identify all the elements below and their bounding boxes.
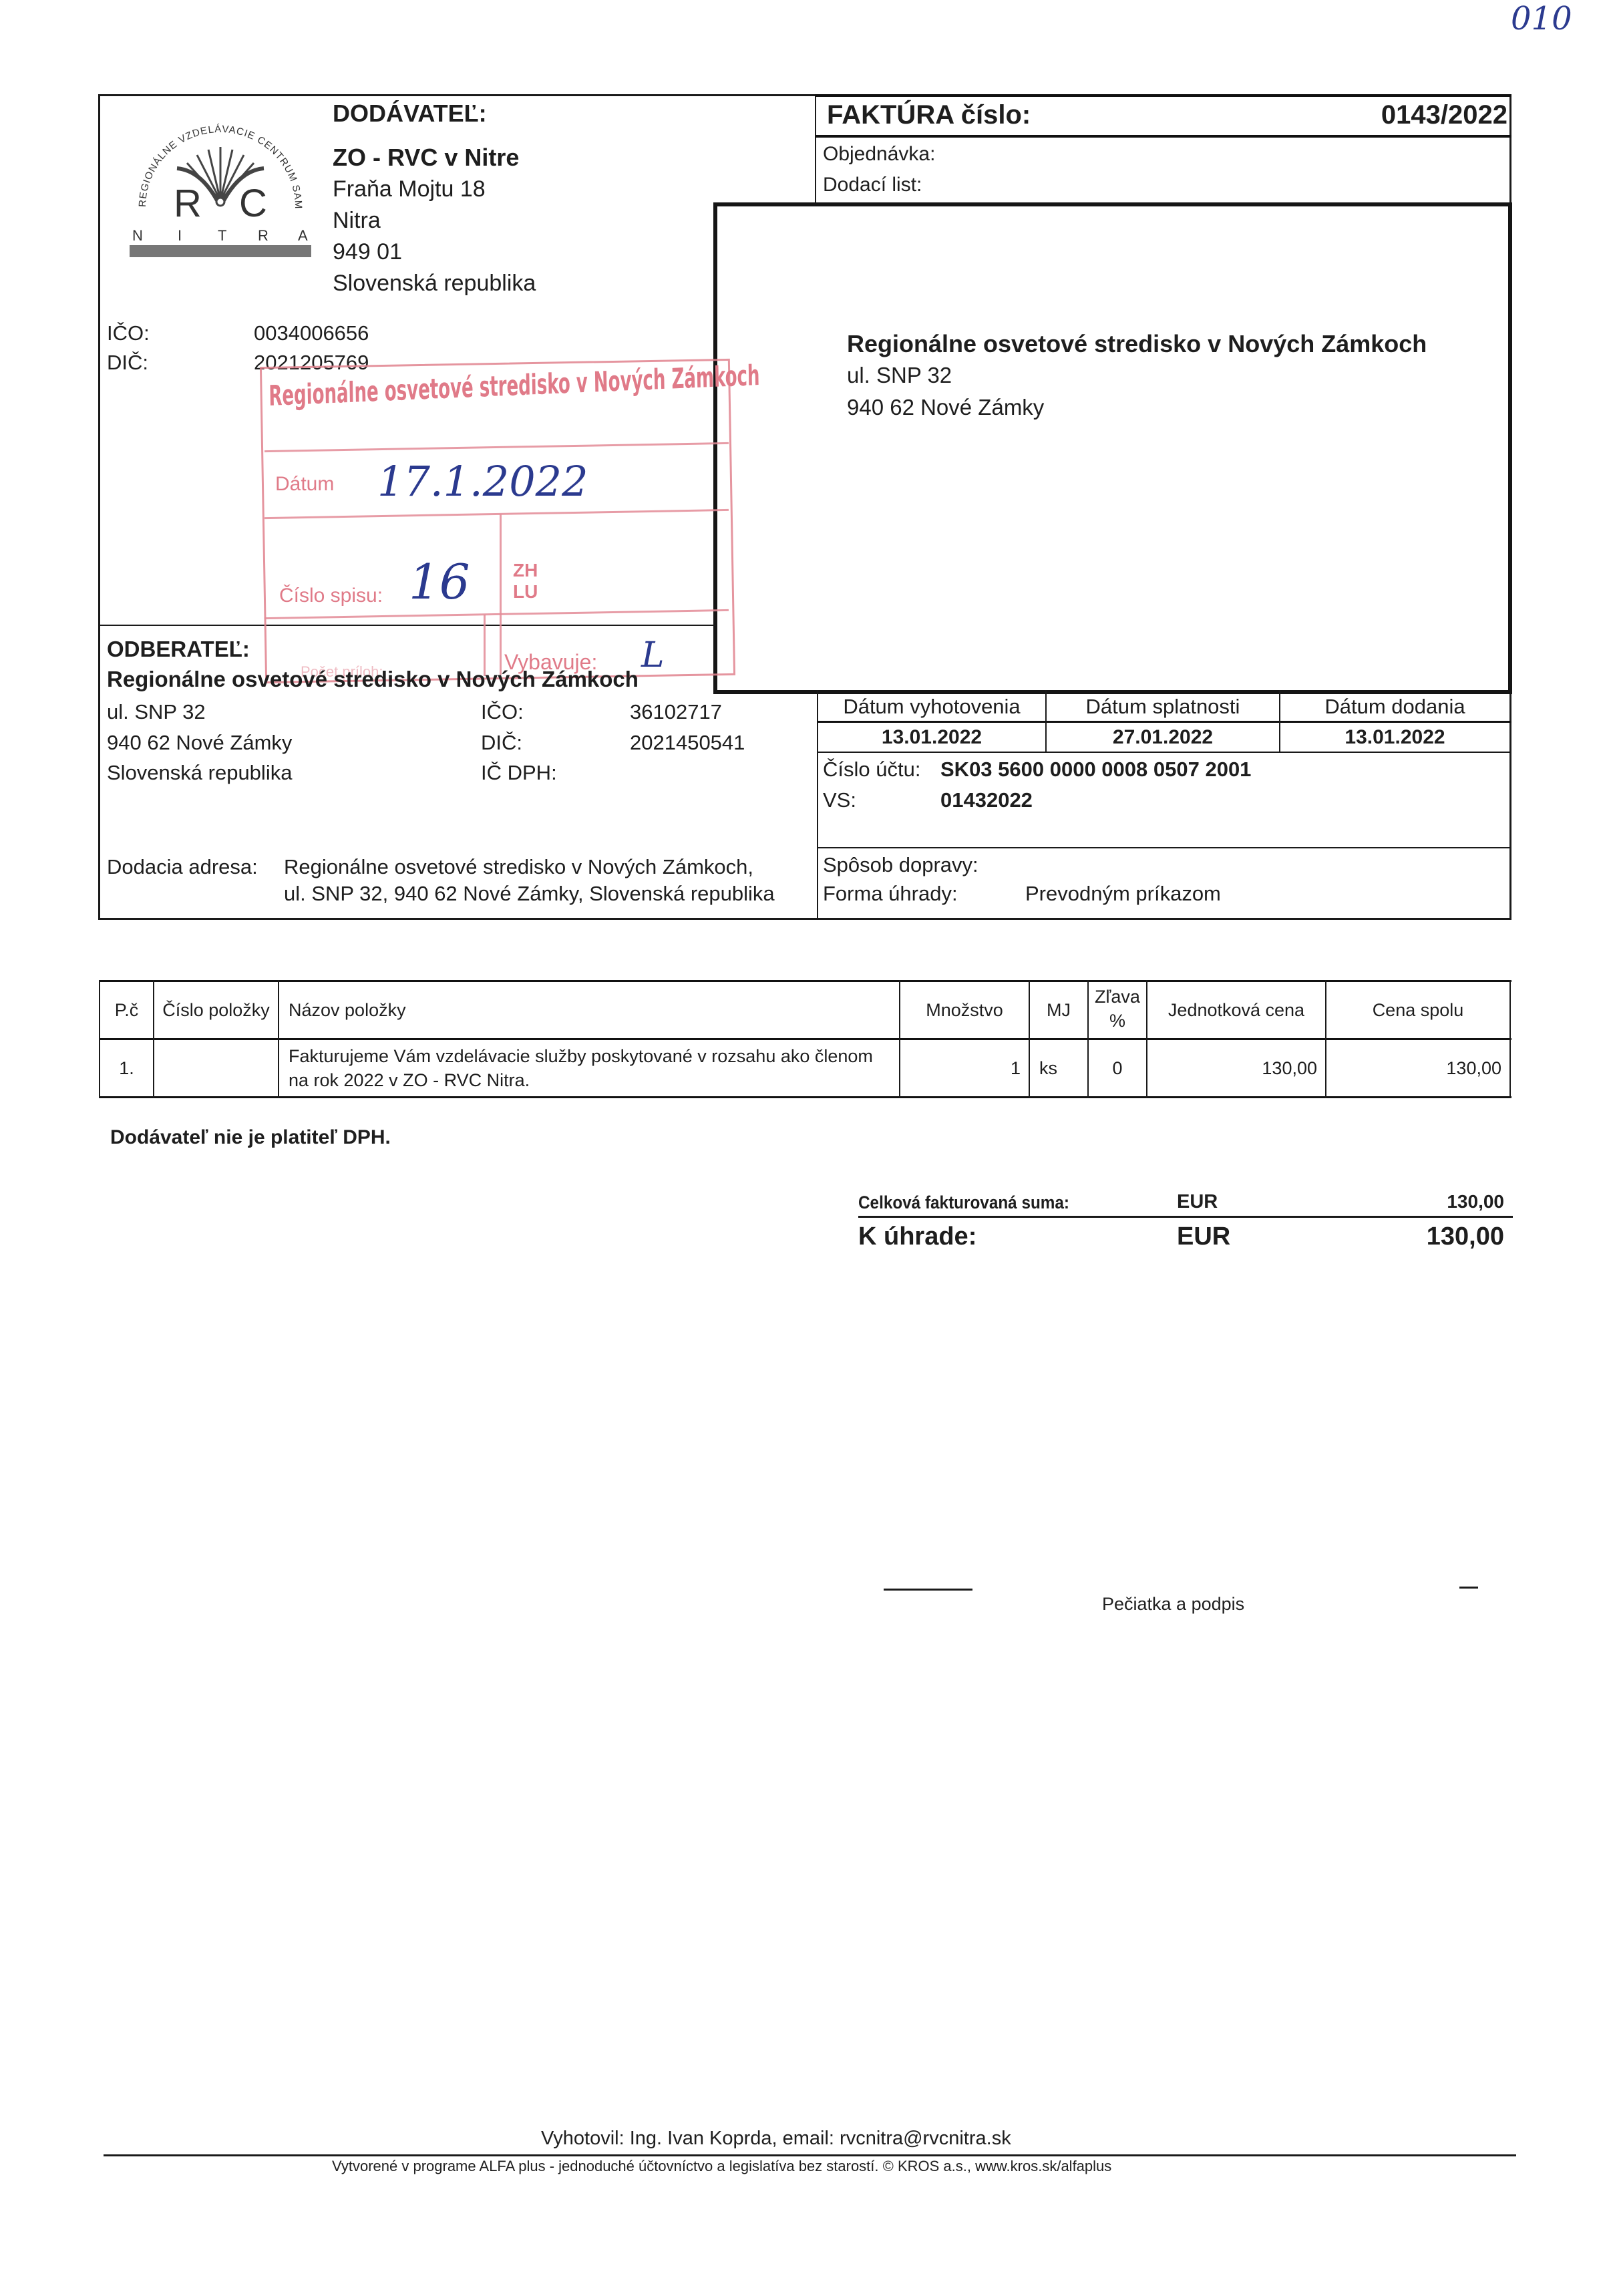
stamp-file-no-value: 16 [409,558,470,606]
supplier-ico-label: IČO: [107,323,150,343]
frame-left [98,94,100,920]
customer-country: Slovenská republika [107,762,292,783]
svg-text:I: I [178,227,182,244]
svg-text:T: T [218,227,226,244]
delivery-date: 13.01.2022 [1280,723,1509,752]
customer-city: 940 62 Nové Zámky [107,732,292,753]
recipient-address-box [713,202,1512,694]
footer-issued-by: Vyhotovil: Ing. Ivan Koprda, email: rvcn… [541,2129,1011,2148]
row-pc: 1. [100,1040,153,1096]
payment-method-label: Forma úhrady: [823,883,958,904]
supplier-city: Nitra [333,209,381,232]
customer-dic: 2021450541 [630,732,745,753]
due-date-label: Dátum splatnosti [1047,692,1279,721]
stamp-date-value: 17.1.2022 [377,461,588,502]
customer-heading: ODBERATEĽ: [107,638,250,660]
row-item-no [154,1040,278,1096]
col-header-qty: Množstvo [900,982,1029,1038]
invoice-number: 0143/2022 [1381,102,1507,128]
recipient-city: 940 62 Nové Zámky [847,396,1044,418]
totals-divider [858,1216,1513,1218]
account-label: Číslo účtu: [823,759,920,780]
customer-icdph-label: IČ DPH: [481,762,557,783]
stamp-date-label: Dátum [275,474,334,494]
payment-method: Prevodným príkazom [1025,883,1221,904]
invoiced-total-amount: 130,00 [1447,1192,1504,1211]
payment-divider [817,847,1511,848]
delivery-address-line1: Regionálne osvetové stredisko v Nových Z… [284,856,753,877]
svg-text:R: R [174,182,202,225]
supplier-ico: 0034006656 [254,323,369,343]
row-discount: 0 [1089,1040,1146,1096]
invoice-title-box-bottom [815,135,1511,138]
vs-value: 01432022 [940,790,1033,810]
stamp-initials-1: ZH [513,561,538,580]
row-unit-price: 130,00 [1147,1040,1317,1096]
due-date: 27.01.2022 [1047,723,1279,752]
frame-top [98,94,816,96]
invoiced-total-label: Celková fakturovaná suma: [858,1194,1069,1212]
stamp-handled-by-value: L [641,638,665,673]
handwritten-corner-mark: 010 [1511,3,1572,35]
rvc-logo-icon: REGIONÁLNE VZDELÁVACIE CENTRUM SAMOSPRÁV… [127,107,314,261]
divider-vertical [815,94,816,204]
row-name: Fakturujeme Vám vzdelávacie služby posky… [289,1044,896,1092]
col-header-discount: Zľava % [1089,985,1146,1038]
customer-ico-label: IČO: [481,701,524,722]
col-header-unit: MJ [1030,982,1087,1038]
supplier-name: ZO - RVC v Nitre [333,146,519,170]
vs-label: VS: [823,790,856,810]
customer-ico: 36102717 [630,701,722,722]
stamp-file-no-label: Číslo spisu: [279,586,383,606]
row-unit: ks [1039,1040,1086,1096]
svg-text:A: A [298,227,308,244]
invoice-title-label: FAKTÚRA číslo: [827,102,1031,128]
col-header-name: Názov položky [289,982,890,1038]
footer-rule [104,2154,1516,2156]
customer-name: Regionálne osvetové stredisko v Nových Z… [107,668,639,690]
supplier-zip: 949 01 [333,240,402,263]
supplier-country: Slovenská republika [333,272,536,295]
row-qty: 1 [900,1040,1021,1096]
svg-text:N: N [132,227,143,244]
account-number: SK03 5600 0000 0008 0507 2001 [940,759,1251,780]
order-label: Objednávka: [823,144,935,164]
invoiced-total-currency: EUR [1177,1192,1218,1212]
transport-label: Spôsob dopravy: [823,854,978,875]
signature-line-right [1459,1587,1478,1589]
svg-text:R: R [258,227,269,244]
issue-date: 13.01.2022 [818,723,1045,752]
recipient-street: ul. SNP 32 [847,364,952,386]
customer-dic-label: DIČ: [481,732,522,753]
delivery-note-label: Dodací list: [823,175,922,195]
col-header-item-no: Číslo položky [154,982,278,1038]
invoice-title-box-top [815,94,1511,97]
company-logo: REGIONÁLNE VZDELÁVACIE CENTRUM SAMOSPRÁV… [127,107,314,261]
vat-note: Dodávateľ nie je platiteľ DPH. [110,1128,391,1148]
supplier-dic-label: DIČ: [107,352,148,373]
col-header-pc: P.č [100,982,153,1038]
recipient-name: Regionálne osvetové stredisko v Nových Z… [847,332,1427,356]
stamp-initials-2: LU [513,583,538,601]
amount-due-value: 130,00 [1427,1224,1504,1249]
svg-text:C: C [239,182,267,225]
customer-street: ul. SNP 32 [107,701,206,722]
row-total: 130,00 [1326,1040,1501,1096]
col-header-unit-price: Jednotková cena [1147,982,1325,1038]
dates-row-bottom [817,752,1511,753]
col-header-discount-line1: Zľava [1089,985,1146,1009]
supplier-street: Fraňa Mojtu 18 [333,178,486,200]
signature-label: Pečiatka a podpis [1102,1595,1244,1613]
delivery-date-label: Dátum dodania [1280,692,1509,721]
frame-bottom [98,918,1511,920]
delivery-address-line2: ul. SNP 32, 940 62 Nové Zámky, Slovenská… [284,883,775,904]
col-header-total: Cena spolu [1326,982,1509,1038]
delivery-address-label: Dodacia adresa: [107,856,258,877]
footer-software: Vytvorené v programe ALFA plus - jednodu… [332,2159,1111,2174]
row-name-line2: na rok 2022 v ZO - RVC Nitra. [289,1068,896,1092]
row-name-line1: Fakturujeme Vám vzdelávacie služby posky… [289,1044,896,1068]
issue-date-label: Dátum vyhotovenia [818,692,1045,721]
col-header-discount-line2: % [1089,1009,1146,1033]
amount-due-currency: EUR [1177,1224,1230,1249]
signature-line-left [884,1589,972,1591]
amount-due-label: K úhrade: [858,1224,976,1249]
supplier-heading: DODÁVATEĽ: [333,102,487,126]
